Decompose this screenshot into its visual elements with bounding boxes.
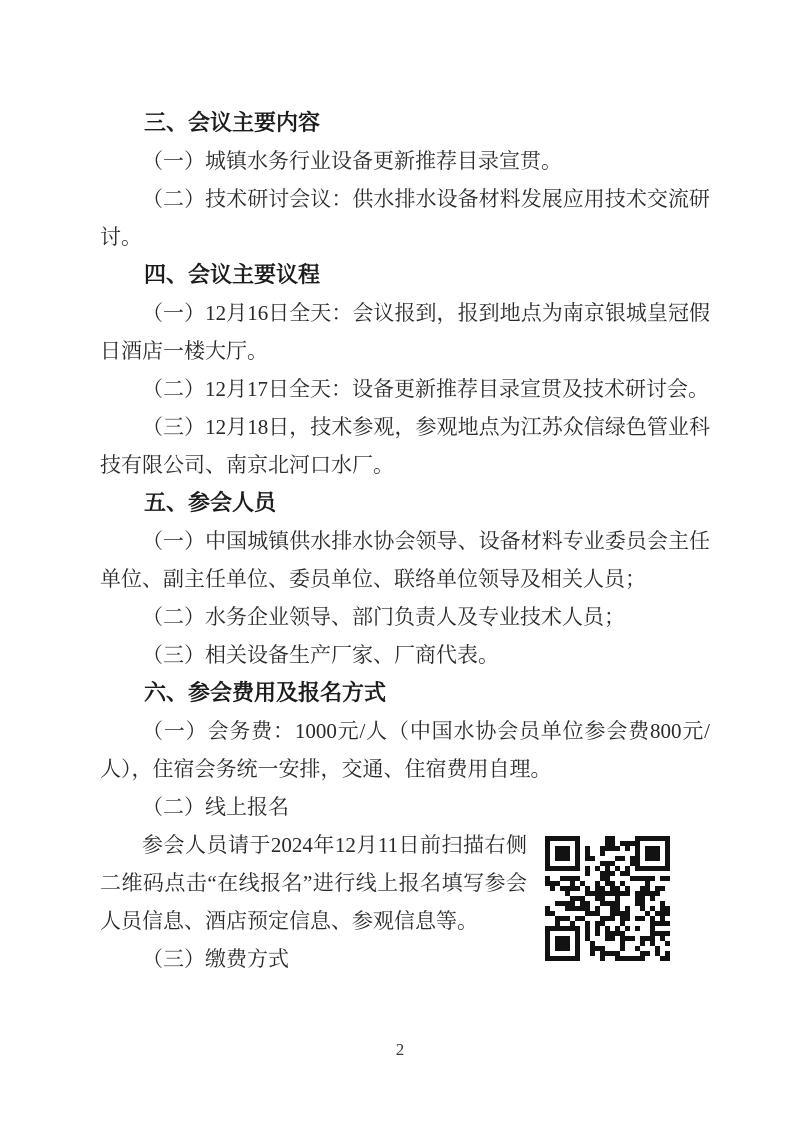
paragraph: （二）技术研讨会议：供水排水设备材料发展应用技术交流研讨。 xyxy=(100,180,710,256)
section-heading: 六、参会费用及报名方式 xyxy=(100,674,710,712)
paragraph: （一）城镇水务行业设备更新推荐目录宣贯。 xyxy=(100,142,710,180)
section-heading: 四、会议主要议程 xyxy=(100,256,710,294)
paragraph: （三）相关设备生产厂家、厂商代表。 xyxy=(100,636,710,674)
page-number: 2 xyxy=(0,1038,800,1062)
paragraph: （一）会务费：1000元/人（中国水协会员单位参会费800元/人），住宿会务统一… xyxy=(100,712,710,788)
section-heading: 三、会议主要内容 xyxy=(100,104,710,142)
paragraph: （一）12月16日全天：会议报到，报到地点为南京银城皇冠假日酒店一楼大厅。 xyxy=(100,294,710,370)
qr-code xyxy=(545,836,670,961)
paragraph: （一）中国城镇供水排水协会领导、设备材料专业委员会主任单位、副主任单位、委员单位… xyxy=(100,522,710,598)
document-body: 三、会议主要内容 （一）城镇水务行业设备更新推荐目录宣贯。 （二）技术研讨会议：… xyxy=(100,104,710,978)
document-page: 三、会议主要内容 （一）城镇水务行业设备更新推荐目录宣贯。 （二）技术研讨会议：… xyxy=(0,0,800,1131)
paragraph: （三）12月18日，技术参观，参观地点为江苏众信绿色管业科技有限公司、南京北河口… xyxy=(100,408,710,484)
section-heading: 五、参会人员 xyxy=(100,484,710,522)
paragraph: （二）线上报名 xyxy=(100,788,710,826)
paragraph: （二）水务企业领导、部门负责人及专业技术人员； xyxy=(100,598,710,636)
paragraph: （二）12月17日全天：设备更新推荐目录宣贯及技术研讨会。 xyxy=(100,370,710,408)
